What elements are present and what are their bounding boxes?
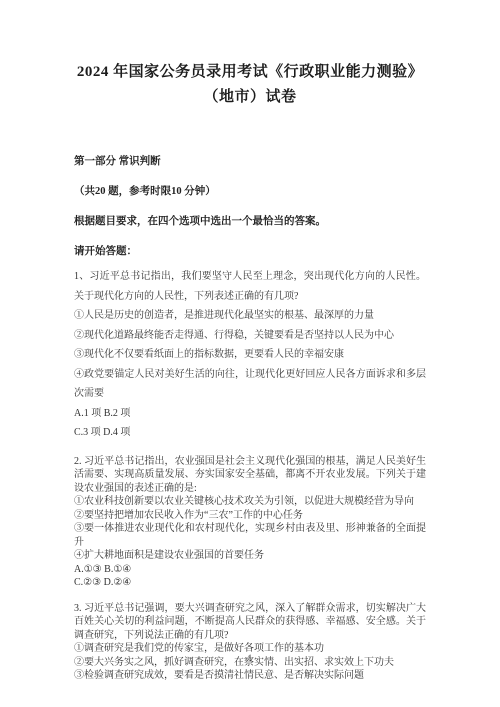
question-3-item-3: ③检验调查研究成效，要看是否摸清社情民意、是否解决实际问题 xyxy=(74,669,426,683)
begin-prompt: 请开始答题： xyxy=(74,243,426,258)
document-title-line-1: 2024 年国家公务员录用考试《行政职业能力测验》 xyxy=(74,60,426,85)
question-3: 3. 习近平总书记强调，要大兴调查研究之风，深入了解群众需求，切实解决广大百姓关… xyxy=(74,602,426,683)
question-2-options-row-2: C.②③ D.②④ xyxy=(74,576,426,590)
document-title-line-2: （地市）试卷 xyxy=(74,85,426,110)
question-1-options-row-1: A.1 项 B.2 项 xyxy=(74,404,426,424)
question-1-options-row-2: C.3 项 D.4 项 xyxy=(74,423,426,443)
question-3-stem: 3. 习近平总书记强调，要大兴调查研究之风，深入了解群众需求，切实解决广大百姓关… xyxy=(74,602,426,643)
question-1: 1、习近平总书记指出，我们要坚守人民至上理念，突出现代化方向的人民性。关于现代化… xyxy=(74,267,426,443)
question-2-item-1: ①农业科技创新要以农业关键核心技术攻关为引领，以促进大规模经营为导向 xyxy=(74,495,426,509)
question-1-stem: 1、习近平总书记指出，我们要坚守人民至上理念，突出现代化方向的人民性。关于现代化… xyxy=(74,267,426,306)
question-2: 2. 习近平总书记指出，农业强国是社会主义现代化强国的根基，满足人民美好生活需要… xyxy=(74,455,426,590)
page-number: 1 xyxy=(0,653,500,663)
exam-paper-page: 2024 年国家公务员录用考试《行政职业能力测验》 （地市）试卷 第一部分 常识… xyxy=(0,0,500,707)
question-2-item-2: ②要坚持把增加农民收入作为“三农”工作的中心任务 xyxy=(74,509,426,523)
question-1-item-4: ④政党要锚定人民对美好生活的向往，让现代化更好回应人民各方面诉求和多层次需要 xyxy=(74,365,426,404)
question-2-options-row-1: A.①③ B.①④ xyxy=(74,563,426,577)
instruction-line: 根据题目要求，在四个选项中选出一个最恰当的答案。 xyxy=(74,213,426,228)
question-2-item-4: ④扩大耕地面积是建设农业强国的首要任务 xyxy=(74,549,426,563)
section-info: （共20 题，参考时限10 分钟） xyxy=(74,183,426,198)
document-title: 2024 年国家公务员录用考试《行政职业能力测验》 （地市）试卷 xyxy=(74,60,426,110)
question-2-item-3: ③要一体推进农业现代化和农村现代化，实现乡村由表及里、形神兼备的全面提升 xyxy=(74,522,426,549)
question-2-stem: 2. 习近平总书记指出，农业强国是社会主义现代化强国的根基，满足人民美好生活需要… xyxy=(74,455,426,496)
question-1-item-3: ③现代化不仅要看纸面上的指标数据，更要看人民的幸福安康 xyxy=(74,345,426,365)
question-1-item-1: ①人民是历史的创造者，是推进现代化最坚实的根基、最深厚的力量 xyxy=(74,306,426,326)
page-content: 2024 年国家公务员录用考试《行政职业能力测验》 （地市）试卷 第一部分 常识… xyxy=(0,60,500,683)
section-heading: 第一部分 常识判断 xyxy=(74,153,426,168)
question-1-item-2: ②现代化道路最终能否走得通、行得稳，关键要看是否坚持以人民为中心 xyxy=(74,326,426,346)
